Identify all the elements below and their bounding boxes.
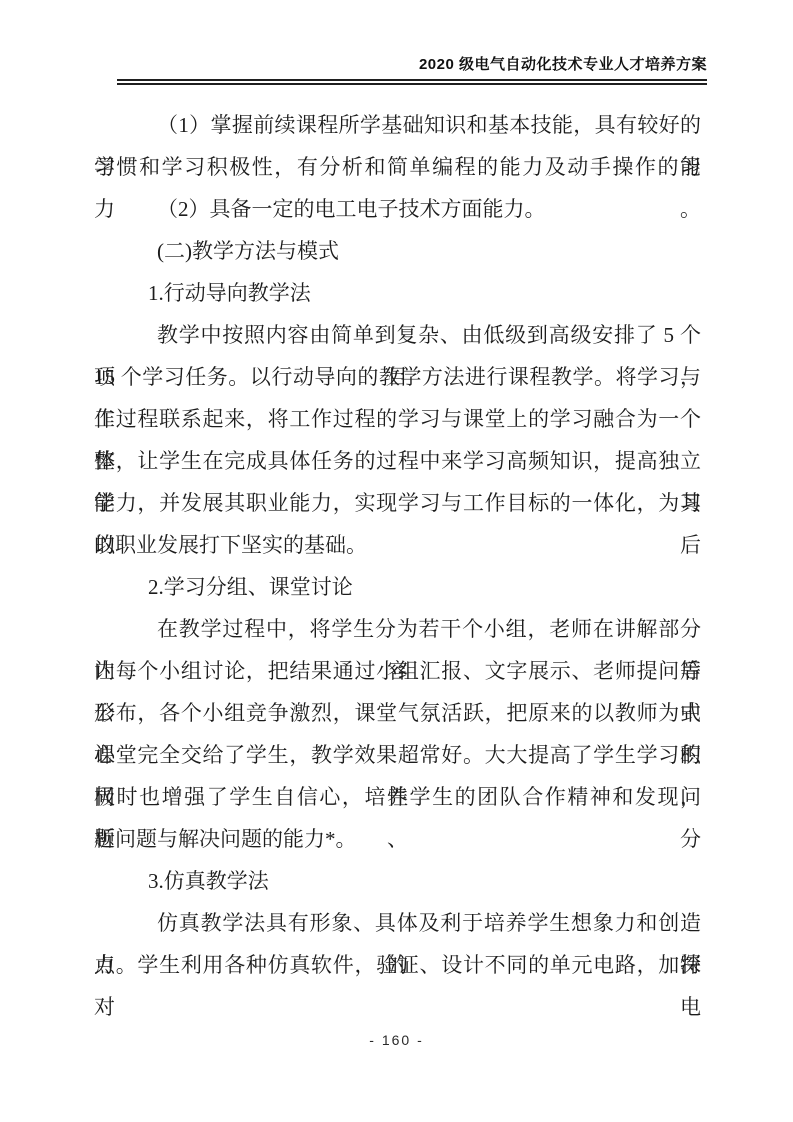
body-line: 在教学过程中，将学生分为若干个小组，老师在讲解部分内容后 bbox=[94, 608, 701, 650]
section-heading: (二)教学方法与模式 bbox=[94, 230, 701, 272]
page-header: 2020 级电气自动化技术专业人才培养方案 bbox=[117, 54, 707, 85]
body-line: 教学中按照内容由简单到复杂、由低级到高级安排了 5 个项目， bbox=[94, 314, 701, 356]
header-title: 2020 级电气自动化技术专业人才培养方案 bbox=[117, 54, 707, 76]
body-line: 仿真教学法具有形象、具体及利于培养学生想象力和创造力的特 bbox=[94, 902, 701, 944]
body-line: 同时也增强了学生自信心，培养学生的团队合作精神和发现问题、分 bbox=[94, 776, 701, 818]
body-line: 作过程联系起来，将工作过程的学习与课堂上的学习融合为一个整 bbox=[94, 398, 701, 440]
body-line: 15 个学习任务。以行动导向的教学方法进行课程教学。将学习与工 bbox=[94, 356, 701, 398]
body-line: （1）掌握前续课程所学基础知识和基本技能，具有较好的学习 bbox=[94, 104, 701, 146]
document-body: （1）掌握前续课程所学基础知识和基本技能，具有较好的学习 习惯和学习积极性，有分… bbox=[94, 104, 701, 986]
sub-heading: 3.仿真教学法 bbox=[94, 860, 701, 902]
body-line: 能力，并发展其职业能力，实现学习与工作目标的一体化，为其以后 bbox=[94, 482, 701, 524]
document-page: 2020 级电气自动化技术专业人才培养方案 （1）掌握前续课程所学基础知识和基本… bbox=[0, 0, 793, 1122]
body-line: 课堂完全交给了学生，教学效果超常好。大大提高了学生学习积极性， bbox=[94, 734, 701, 776]
body-line: 点。学生利用各种仿真软件，验证、设计不同的单元电路，加深对电 bbox=[94, 944, 701, 986]
body-line: 习惯和学习积极性，有分析和简单编程的能力及动手操作的能力。 bbox=[94, 146, 701, 188]
body-line: 公布，各个小组竞争激烈，课堂气氛活跃，把原来的以教师为中心的 bbox=[94, 692, 701, 734]
body-line: 让每个小组讨论，把结果通过小组汇报、文字展示、老师提问等形式 bbox=[94, 650, 701, 692]
page-number: - 160 - bbox=[0, 1032, 793, 1048]
sub-heading: 1.行动导向教学法 bbox=[94, 272, 701, 314]
sub-heading: 2.学习分组、课堂讨论 bbox=[94, 566, 701, 608]
body-line: 体，让学生在完成具体任务的过程中来学习高频知识，提高独立学习 bbox=[94, 440, 701, 482]
header-double-rule bbox=[117, 79, 707, 85]
